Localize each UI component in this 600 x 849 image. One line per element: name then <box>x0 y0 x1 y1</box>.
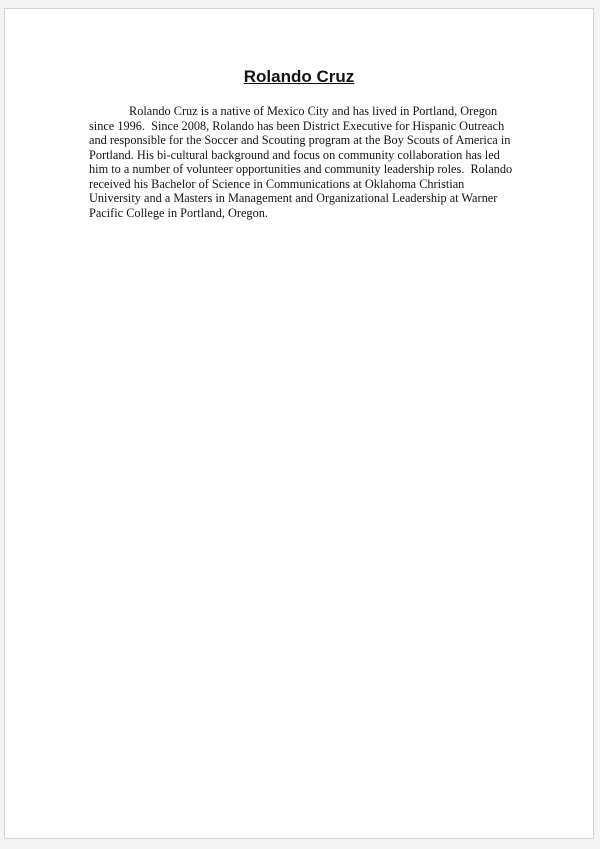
paragraph-line: received his Bachelor of Science in Comm… <box>89 177 511 192</box>
paragraph-line: Portland. His bi-cultural background and… <box>89 148 511 163</box>
document-preview: Rolando Cruz Rolando Cruz is a native of… <box>0 0 600 849</box>
paragraph-line: and responsible for the Soccer and Scout… <box>89 133 511 148</box>
paragraph-line: him to a number of volunteer opportuniti… <box>89 162 511 177</box>
document-title: Rolando Cruz <box>5 67 593 87</box>
paragraph-line: Rolando Cruz is a native of Mexico City … <box>89 104 511 119</box>
paragraph-line: Pacific College in Portland, Oregon. <box>89 206 511 221</box>
document-page: Rolando Cruz Rolando Cruz is a native of… <box>4 8 594 839</box>
paragraph-line: since 1996. Since 2008, Rolando has been… <box>89 119 511 134</box>
paragraph-line: University and a Masters in Management a… <box>89 191 511 206</box>
bio-paragraph: Rolando Cruz is a native of Mexico City … <box>5 104 593 220</box>
